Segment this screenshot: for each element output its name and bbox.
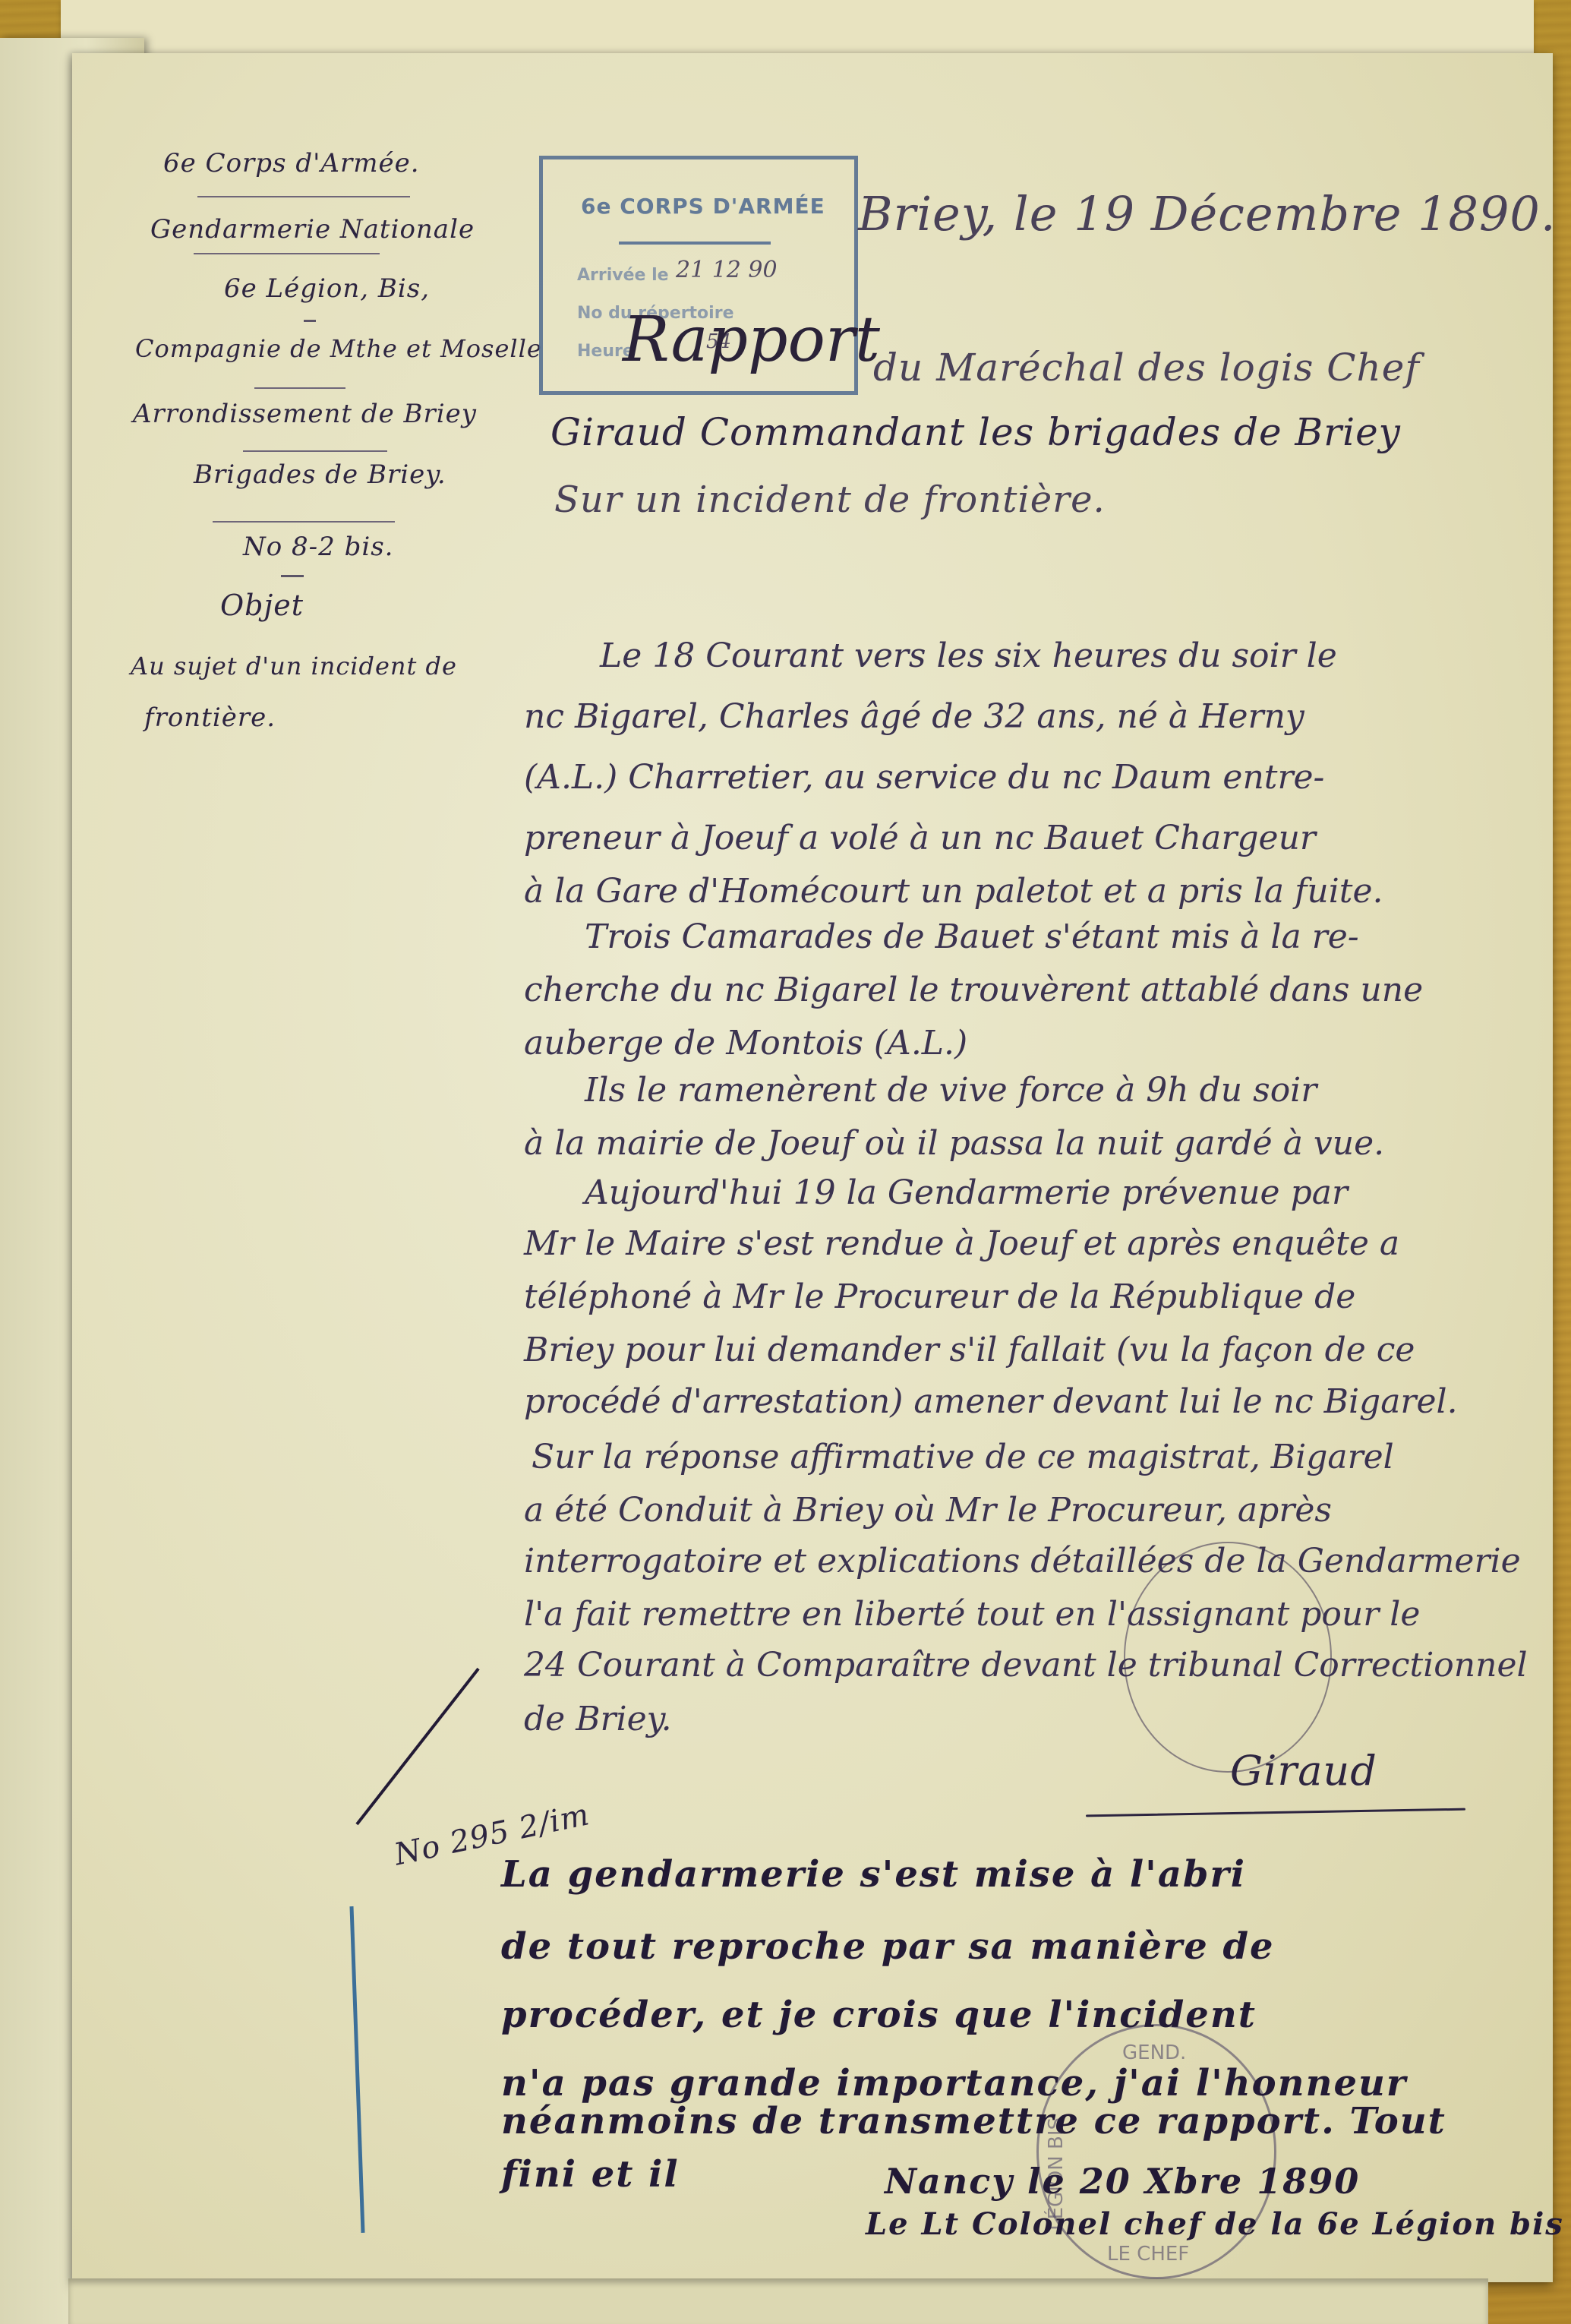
body-line: 24 Courant à Comparaître devant le tribu… bbox=[524, 1646, 1528, 1685]
header-objet-text-2: frontière. bbox=[144, 703, 276, 733]
annotation-line: n'a pas grande importance, j'ai l'honneu… bbox=[501, 2062, 1407, 2105]
stamp-arrival-label: Arrivée le bbox=[577, 266, 669, 285]
body-line: Aujourd'hui 19 la Gendarmerie prévenue p… bbox=[585, 1173, 1348, 1212]
divider bbox=[281, 575, 304, 577]
signature-flourish bbox=[1124, 1542, 1332, 1773]
annotation-line: procéder, et je crois que l'incident bbox=[501, 1994, 1257, 2036]
divider bbox=[243, 450, 387, 452]
body-line: preneur à Joeuf a volé à un nc Bauet Cha… bbox=[524, 819, 1316, 857]
body-line: Sur la réponse affirmative de ce magistr… bbox=[532, 1438, 1394, 1476]
header-objet-label: Objet bbox=[220, 589, 304, 622]
heading-line-2: Giraud Commandant les brigades de Briey bbox=[550, 410, 1401, 454]
header-gendarmerie: Gendarmerie Nationale bbox=[150, 214, 475, 245]
annotation-line: La gendarmerie s'est mise à l'abri bbox=[501, 1853, 1246, 1896]
header-arrondissement: Arrondissement de Briey bbox=[133, 399, 477, 429]
body-line: auberge de Montois (A.L.) bbox=[524, 1024, 967, 1063]
divider bbox=[197, 196, 410, 197]
heading-line-3: Sur un incident de frontière. bbox=[554, 478, 1106, 521]
divider bbox=[254, 387, 345, 389]
document-title: Rapport bbox=[623, 304, 880, 376]
body-line: Ils le ramenèrent de vive force à 9h du … bbox=[585, 1071, 1317, 1110]
body-line: interrogatoire et explications détaillée… bbox=[524, 1542, 1521, 1580]
header-corps: 6e Corps d'Armée. bbox=[163, 148, 420, 178]
body-line: de Briey. bbox=[524, 1700, 672, 1738]
body-line: téléphoné à Mr le Procureur de la Républ… bbox=[524, 1277, 1355, 1316]
circle-stamp-top: GEND. bbox=[1122, 2041, 1186, 2064]
divider bbox=[213, 521, 395, 523]
annotation-line: de tout reproche par sa manière de bbox=[501, 1925, 1275, 1968]
place-date: Briey, le 19 Décembre 1890. bbox=[858, 186, 1557, 242]
body-line: à la mairie de Joeuf où il passa la nuit… bbox=[524, 1124, 1384, 1163]
stamp-divider bbox=[619, 242, 771, 245]
body-line: Briey pour lui demander s'il fallait (vu… bbox=[524, 1331, 1415, 1369]
stamp-arrival-value: 21 12 90 bbox=[676, 257, 778, 283]
header-brigades: Brigades de Briey. bbox=[194, 459, 446, 490]
body-line: procédé d'arrestation) amener devant lui… bbox=[524, 1382, 1458, 1421]
header-compagnie: Compagnie de Mthe et Moselle bbox=[135, 334, 542, 363]
heading-line-1: du Maréchal des logis Chef bbox=[873, 346, 1420, 390]
body-line: nc Bigarel, Charles âgé de 32 ans, né à … bbox=[524, 697, 1304, 736]
body-line: Mr le Maire s'est rendue à Joeuf et aprè… bbox=[524, 1224, 1399, 1263]
header-legion: 6e Légion, Bis, bbox=[224, 273, 430, 304]
body-line: (A.L.) Charretier, au service du nc Daum… bbox=[524, 758, 1324, 797]
circle-stamp-bottom: LE CHEF bbox=[1107, 2243, 1189, 2266]
body-line: Trois Camarades de Bauet s'étant mis à l… bbox=[585, 917, 1359, 956]
stamp-title: 6e CORPS D'ARMÉE bbox=[581, 194, 825, 219]
body-line: a été Conduit à Briey où Mr le Procureur… bbox=[524, 1491, 1332, 1530]
annotation-line: néanmoins de transmettre ce rapport. Tou… bbox=[501, 2100, 1446, 2142]
annotation-place-date: Nancy le 20 Xbre 1890 bbox=[885, 2161, 1360, 2202]
header-objet-text: Au sujet d'un incident de bbox=[131, 652, 457, 680]
sheet-bottom-edge bbox=[68, 2278, 1488, 2324]
divider bbox=[194, 253, 380, 254]
annotation-line: fini et il bbox=[501, 2153, 680, 2196]
annotation-signature: Le Lt Colonel chef de la 6e Légion bis bbox=[866, 2206, 1564, 2242]
header-number: No 8-2 bis. bbox=[243, 532, 393, 562]
body-line: Le 18 Courant vers les six heures du soi… bbox=[600, 636, 1337, 675]
body-line: à la Gare d'Homécourt un paletot et a pr… bbox=[524, 872, 1383, 911]
body-line: cherche du nc Bigarel le trouvèrent atta… bbox=[524, 971, 1423, 1009]
divider bbox=[304, 320, 316, 322]
report-signature: Giraud bbox=[1230, 1747, 1377, 1795]
